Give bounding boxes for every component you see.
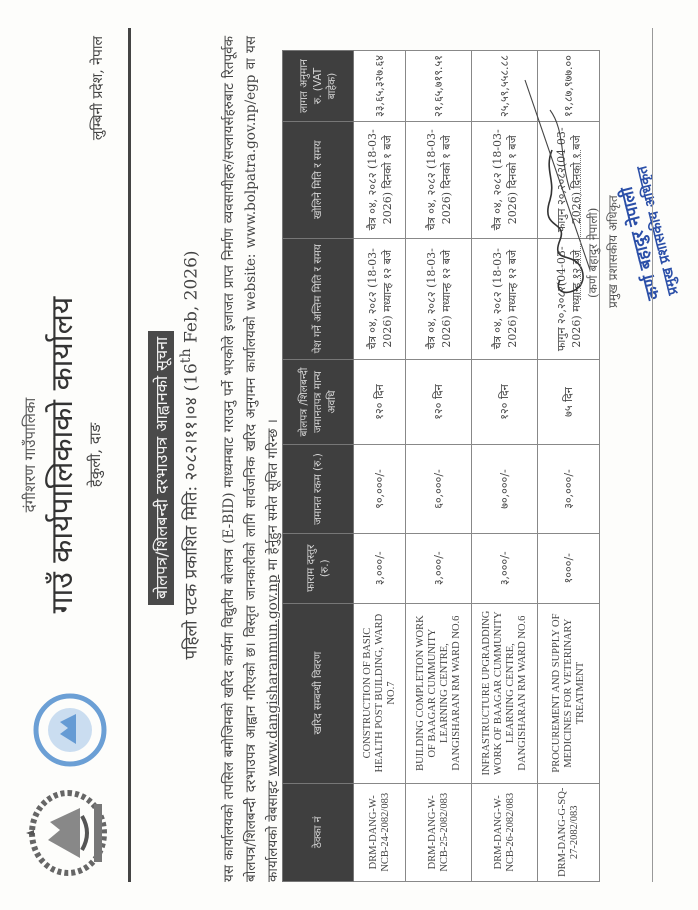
col-header-bid-security: जमानत रकम (रु.) bbox=[283, 445, 354, 534]
header-divider bbox=[128, 28, 131, 882]
row-contract-no: DRM-DANG-G-SQ-27-2082/083 bbox=[538, 783, 600, 881]
row-validity: १२० दिन bbox=[354, 359, 406, 444]
row-bid-security: ७०,०००/- bbox=[472, 445, 538, 534]
row-contract-no: DRM-DANG-W-NCB-24-2082/083 bbox=[354, 783, 406, 881]
municipality-name: दंगीशरण गाउँपालिका bbox=[20, 0, 40, 910]
col-header-submission-deadline: पेश गर्ने अन्तिम मिति र समय bbox=[283, 238, 354, 359]
col-header-opening-date: खोलिने मिति र समय bbox=[283, 121, 354, 238]
row-description: INFRASTRUCTURE UPGRADDING WORK OF BAAGAR… bbox=[472, 603, 538, 783]
signature-line bbox=[580, 150, 581, 300]
row-validity: ७५ दिन bbox=[538, 359, 600, 444]
published-date-sup: th bbox=[178, 348, 194, 363]
notice-body: यस कार्यालयको तपसिल बमोजिमको खरिद कार्यम… bbox=[218, 36, 284, 882]
row-description: BUILDING COMPLETION WORK OF BAAGAR CUMMU… bbox=[406, 603, 472, 783]
published-date: पहिलो पटक प्रकाशित मिति: २०८२।११।०४ (16t… bbox=[178, 0, 202, 910]
row-bid-security: ६०,०००/- bbox=[406, 445, 472, 534]
row-opening-date: चैत्र ०४, २०८२ (18-03-2026) दिनको १ बजे bbox=[354, 121, 406, 238]
col-header-description: खरिद सम्बन्धी विवरण bbox=[283, 603, 354, 783]
notice-title: बोलपत्र/शिलबन्दी दरभाउपत्र आह्वानको सूचन… bbox=[148, 331, 174, 605]
row-description: PROCUREMENT AND SUPPLY OF MEDICINES FOR … bbox=[538, 603, 600, 783]
published-date-suffix: Feb, 2026) bbox=[182, 250, 202, 348]
row-description: CONSTRUCTION OF BASIC HEALTH POST BUILDI… bbox=[354, 603, 406, 783]
row-validity: १२० दिन bbox=[472, 359, 538, 444]
row-cost-estimate: ३३,६५,३२७.६४ bbox=[354, 51, 406, 122]
signature-block: (कर्ण बहादुर नेपाली) प्रमुख प्रशासकीय अध… bbox=[520, 50, 680, 310]
row-bid-security: ३०,०००/- bbox=[538, 445, 600, 534]
row-cost-estimate: २१,६५,७१९.५१ bbox=[406, 51, 472, 122]
table-row: DRM-DANG-W-NCB-25-2082/083BUILDING COMPL… bbox=[406, 51, 472, 882]
row-validity: १२० दिन bbox=[406, 359, 472, 444]
row-submission-deadline: चैत्र ०४, २०८२ (18-03-2026) मध्यान्ह १२ … bbox=[354, 238, 406, 359]
row-form-fee: १०००/- bbox=[538, 533, 600, 603]
signatory-name: (कर्ण बहादुर नेपाली) bbox=[584, 208, 601, 298]
province-label: लुम्बिनी प्रदेश, नेपाल bbox=[88, 36, 107, 140]
col-header-form-fee: फाराम दस्तुर (रु.) bbox=[283, 533, 354, 603]
row-contract-no: DRM-DANG-W-NCB-26-2082/083 bbox=[472, 783, 538, 881]
notice-body-text-2: मा हेर्नुहुन समेत सूचित गरिन्छ । bbox=[265, 419, 281, 574]
row-form-fee: ३,०००/- bbox=[354, 533, 406, 603]
row-form-fee: ३,०००/- bbox=[472, 533, 538, 603]
table-header-row: ठेक्का नं खरिद सम्बन्धी विवरण फाराम दस्त… bbox=[283, 51, 354, 882]
municipality-website-link[interactable]: www.dangisharanmun.gov.np bbox=[265, 575, 281, 776]
tender-notice-page: दंगीशरण गाउँपालिका गाउँ कार्यपालिकाको का… bbox=[0, 0, 698, 910]
row-opening-date: चैत्र ०४, २०८२ (18-03-2026) दिनको १ बजे bbox=[406, 121, 472, 238]
office-name: गाउँ कार्यपालिकाको कार्यालय bbox=[40, 0, 81, 910]
row-form-fee: ३,०००/- bbox=[406, 533, 472, 603]
published-date-prefix: पहिलो पटक प्रकाशित मिति: २०८२।११।०४ (16 bbox=[182, 363, 202, 659]
row-bid-security: ९०,०००/- bbox=[354, 445, 406, 534]
col-header-validity: बोलपत्र /शिलबन्दी जमानतपत्र मान्य अवधि bbox=[283, 359, 354, 444]
col-header-contract-no: ठेक्का नं bbox=[283, 783, 354, 881]
row-contract-no: DRM-DANG-W-NCB-25-2082/083 bbox=[406, 783, 472, 881]
footer-divider bbox=[652, 28, 653, 882]
col-header-cost-estimate: लागत अनुमान रु. (VAT बाहेक) bbox=[283, 51, 354, 122]
table-row: DRM-DANG-W-NCB-24-2082/083CONSTRUCTION O… bbox=[354, 51, 406, 882]
signatory-title: प्रमुख प्रशासकीय अधिकृत bbox=[604, 195, 621, 308]
row-submission-deadline: चैत्र ०४, २०८२ (18-03-2026) मध्यान्ह १२ … bbox=[406, 238, 472, 359]
